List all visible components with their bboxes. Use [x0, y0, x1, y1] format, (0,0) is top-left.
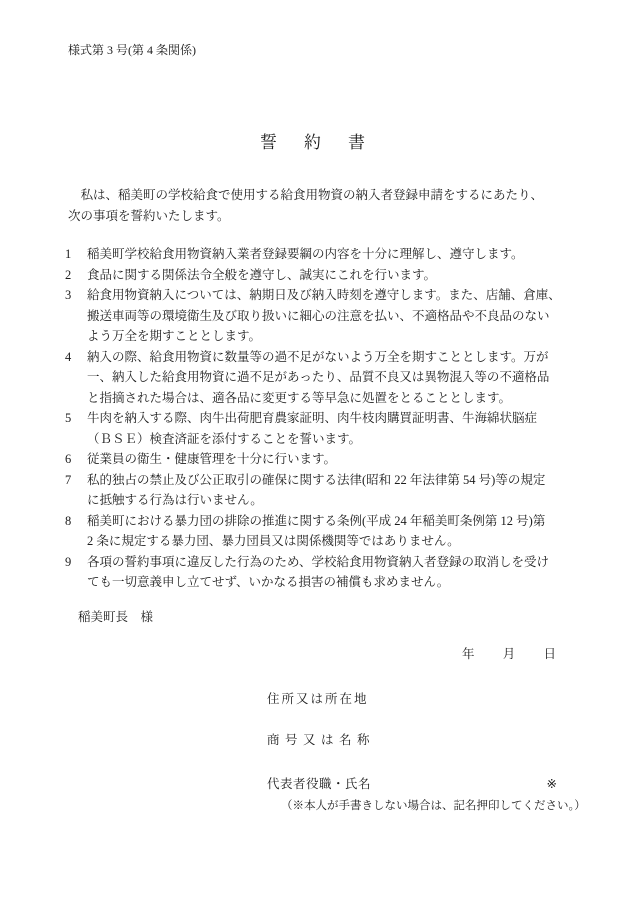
item-number: 4 — [65, 347, 87, 368]
item-text: 私的独占の禁止及び公正取引の確保に関する法律(昭和 22 年法律第 54 号)等… — [87, 470, 570, 511]
addressee: 稲美町長 様 — [78, 607, 153, 628]
representative-field-row: 代表者役職・氏名 ※ — [267, 774, 557, 795]
item-text: 稲美町学校給食用物資納入業者登録要綱の内容を十分に理解し、遵守します。 — [87, 244, 570, 265]
item-text: 稲美町における暴力団の排除の推進に関する条例(平成 24 年稲美町条例第 12 … — [87, 511, 570, 552]
item-number: 9 — [65, 552, 87, 573]
item-number: 1 — [65, 244, 87, 265]
pledge-item-1: 1 稲美町学校給食用物資納入業者登録要綱の内容を十分に理解し、遵守します。 — [65, 244, 570, 265]
company-field-label: 商号又は名称 — [267, 730, 375, 751]
pledge-item-9: 9 各項の誓約事項に違反した行為のため、学校給食用物資納入者登録の取消しを受け … — [65, 552, 570, 593]
pledge-list: 1 稲美町学校給食用物資納入業者登録要綱の内容を十分に理解し、遵守します。 2 … — [65, 244, 570, 593]
item-text: 納入の際、給食用物資に数量等の過不足がないよう万全を期すこととします。万が 一、… — [87, 347, 570, 409]
year-label: 年 — [462, 644, 475, 665]
pledge-item-6: 6 従業員の衛生・健康管理を十分に行います。 — [65, 449, 570, 470]
pledge-item-4: 4 納入の際、給食用物資に数量等の過不足がないよう万全を期すこととします。万が … — [65, 347, 570, 409]
address-field-label: 住所又は所在地 — [267, 689, 369, 710]
document-title: 誓 約 書 — [0, 130, 630, 156]
item-text: 各項の誓約事項に違反した行為のため、学校給食用物資納入者登録の取消しを受け ても… — [87, 552, 570, 593]
pledge-item-7: 7 私的独占の禁止及び公正取引の確保に関する法律(昭和 22 年法律第 54 号… — [65, 470, 570, 511]
form-number: 様式第 3 号(第 4 条関係) — [68, 40, 196, 60]
month-label: 月 — [503, 644, 516, 665]
item-text: 従業員の衛生・健康管理を十分に行います。 — [87, 449, 570, 470]
oath-document-page: 様式第 3 号(第 4 条関係) 誓 約 書 私は、稲美町の学校給食で使用する給… — [0, 0, 630, 903]
item-number: 2 — [65, 265, 87, 286]
item-text: 牛肉を納入する際、肉牛出荷肥育農家証明、肉牛枝肉購買証明書、牛海綿状脳症 （ＢＳ… — [87, 408, 570, 449]
item-number: 6 — [65, 449, 87, 470]
representative-field-label: 代表者役職・氏名 — [267, 774, 371, 795]
item-text: 給食用物資納入については、納期日及び納入時刻を遵守します。また、店舗、倉庫、 搬… — [87, 285, 570, 347]
signature-note: （※本人が手書きしない場合は、記名押印してください。） — [281, 797, 586, 815]
pledge-item-3: 3 給食用物資納入については、納期日及び納入時刻を遵守します。また、店舗、倉庫、… — [65, 285, 570, 347]
item-number: 8 — [65, 511, 87, 532]
pledge-item-2: 2 食品に関する関係法令全般を遵守し、誠実にこれを行います。 — [65, 265, 570, 286]
pledge-item-8: 8 稲美町における暴力団の排除の推進に関する条例(平成 24 年稲美町条例第 1… — [65, 511, 570, 552]
item-number: 7 — [65, 470, 87, 491]
day-label: 日 — [543, 644, 556, 665]
item-text: 食品に関する関係法令全般を遵守し、誠実にこれを行います。 — [87, 265, 570, 286]
item-number: 5 — [65, 408, 87, 429]
intro-paragraph: 私は、稲美町の学校給食で使用する給食用物資の納入者登録申請をするにあたり、 次の… — [68, 185, 568, 226]
pledge-item-5: 5 牛肉を納入する際、肉牛出荷肥育農家証明、肉牛枝肉購買証明書、牛海綿状脳症 （… — [65, 408, 570, 449]
item-number: 3 — [65, 285, 87, 306]
date-line: 年 月 日 — [462, 644, 556, 665]
asterisk-mark: ※ — [547, 774, 557, 795]
